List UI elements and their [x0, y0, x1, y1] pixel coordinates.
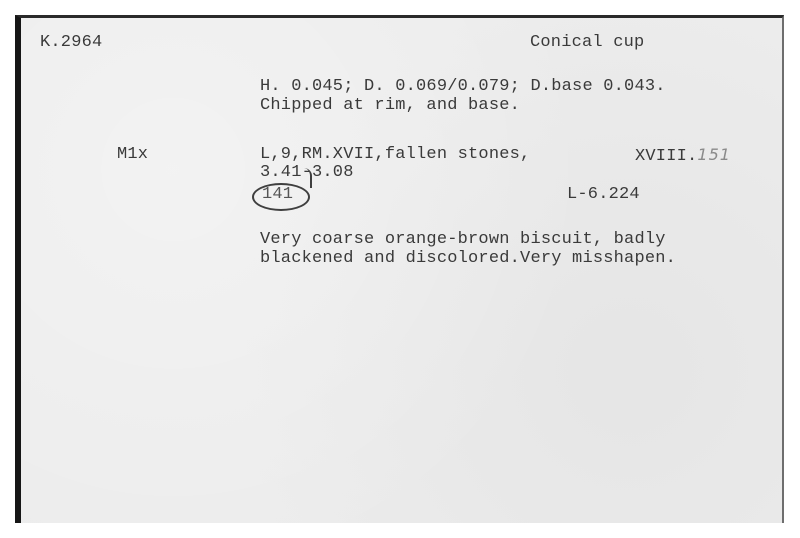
- catalog-number: K.2964: [40, 33, 102, 52]
- page: K.2964 Conical cup H. 0.045; D. 0.069/0.…: [0, 0, 800, 538]
- pen-stroke: [300, 168, 312, 188]
- description-line-2: blackened and discolored.Very misshapen.: [260, 249, 676, 268]
- context-ref-handwritten: 151: [697, 145, 731, 164]
- context-ref: XVIII.151: [635, 145, 731, 166]
- dimensions-line: H. 0.045; D. 0.069/0.079; D.base 0.043.: [260, 77, 666, 96]
- locus-code: L-6.224: [567, 185, 640, 204]
- description-line-1: Very coarse orange-brown biscuit, badly: [260, 230, 666, 249]
- condition-line: Chipped at rim, and base.: [260, 96, 520, 115]
- period-code: M1x: [117, 145, 148, 164]
- circled-number: 141: [262, 185, 293, 204]
- context-ref-typed: XVIII.: [635, 147, 697, 166]
- object-type: Conical cup: [530, 33, 644, 52]
- context-line-1: L,9,RM.XVII,fallen stones,: [260, 145, 530, 164]
